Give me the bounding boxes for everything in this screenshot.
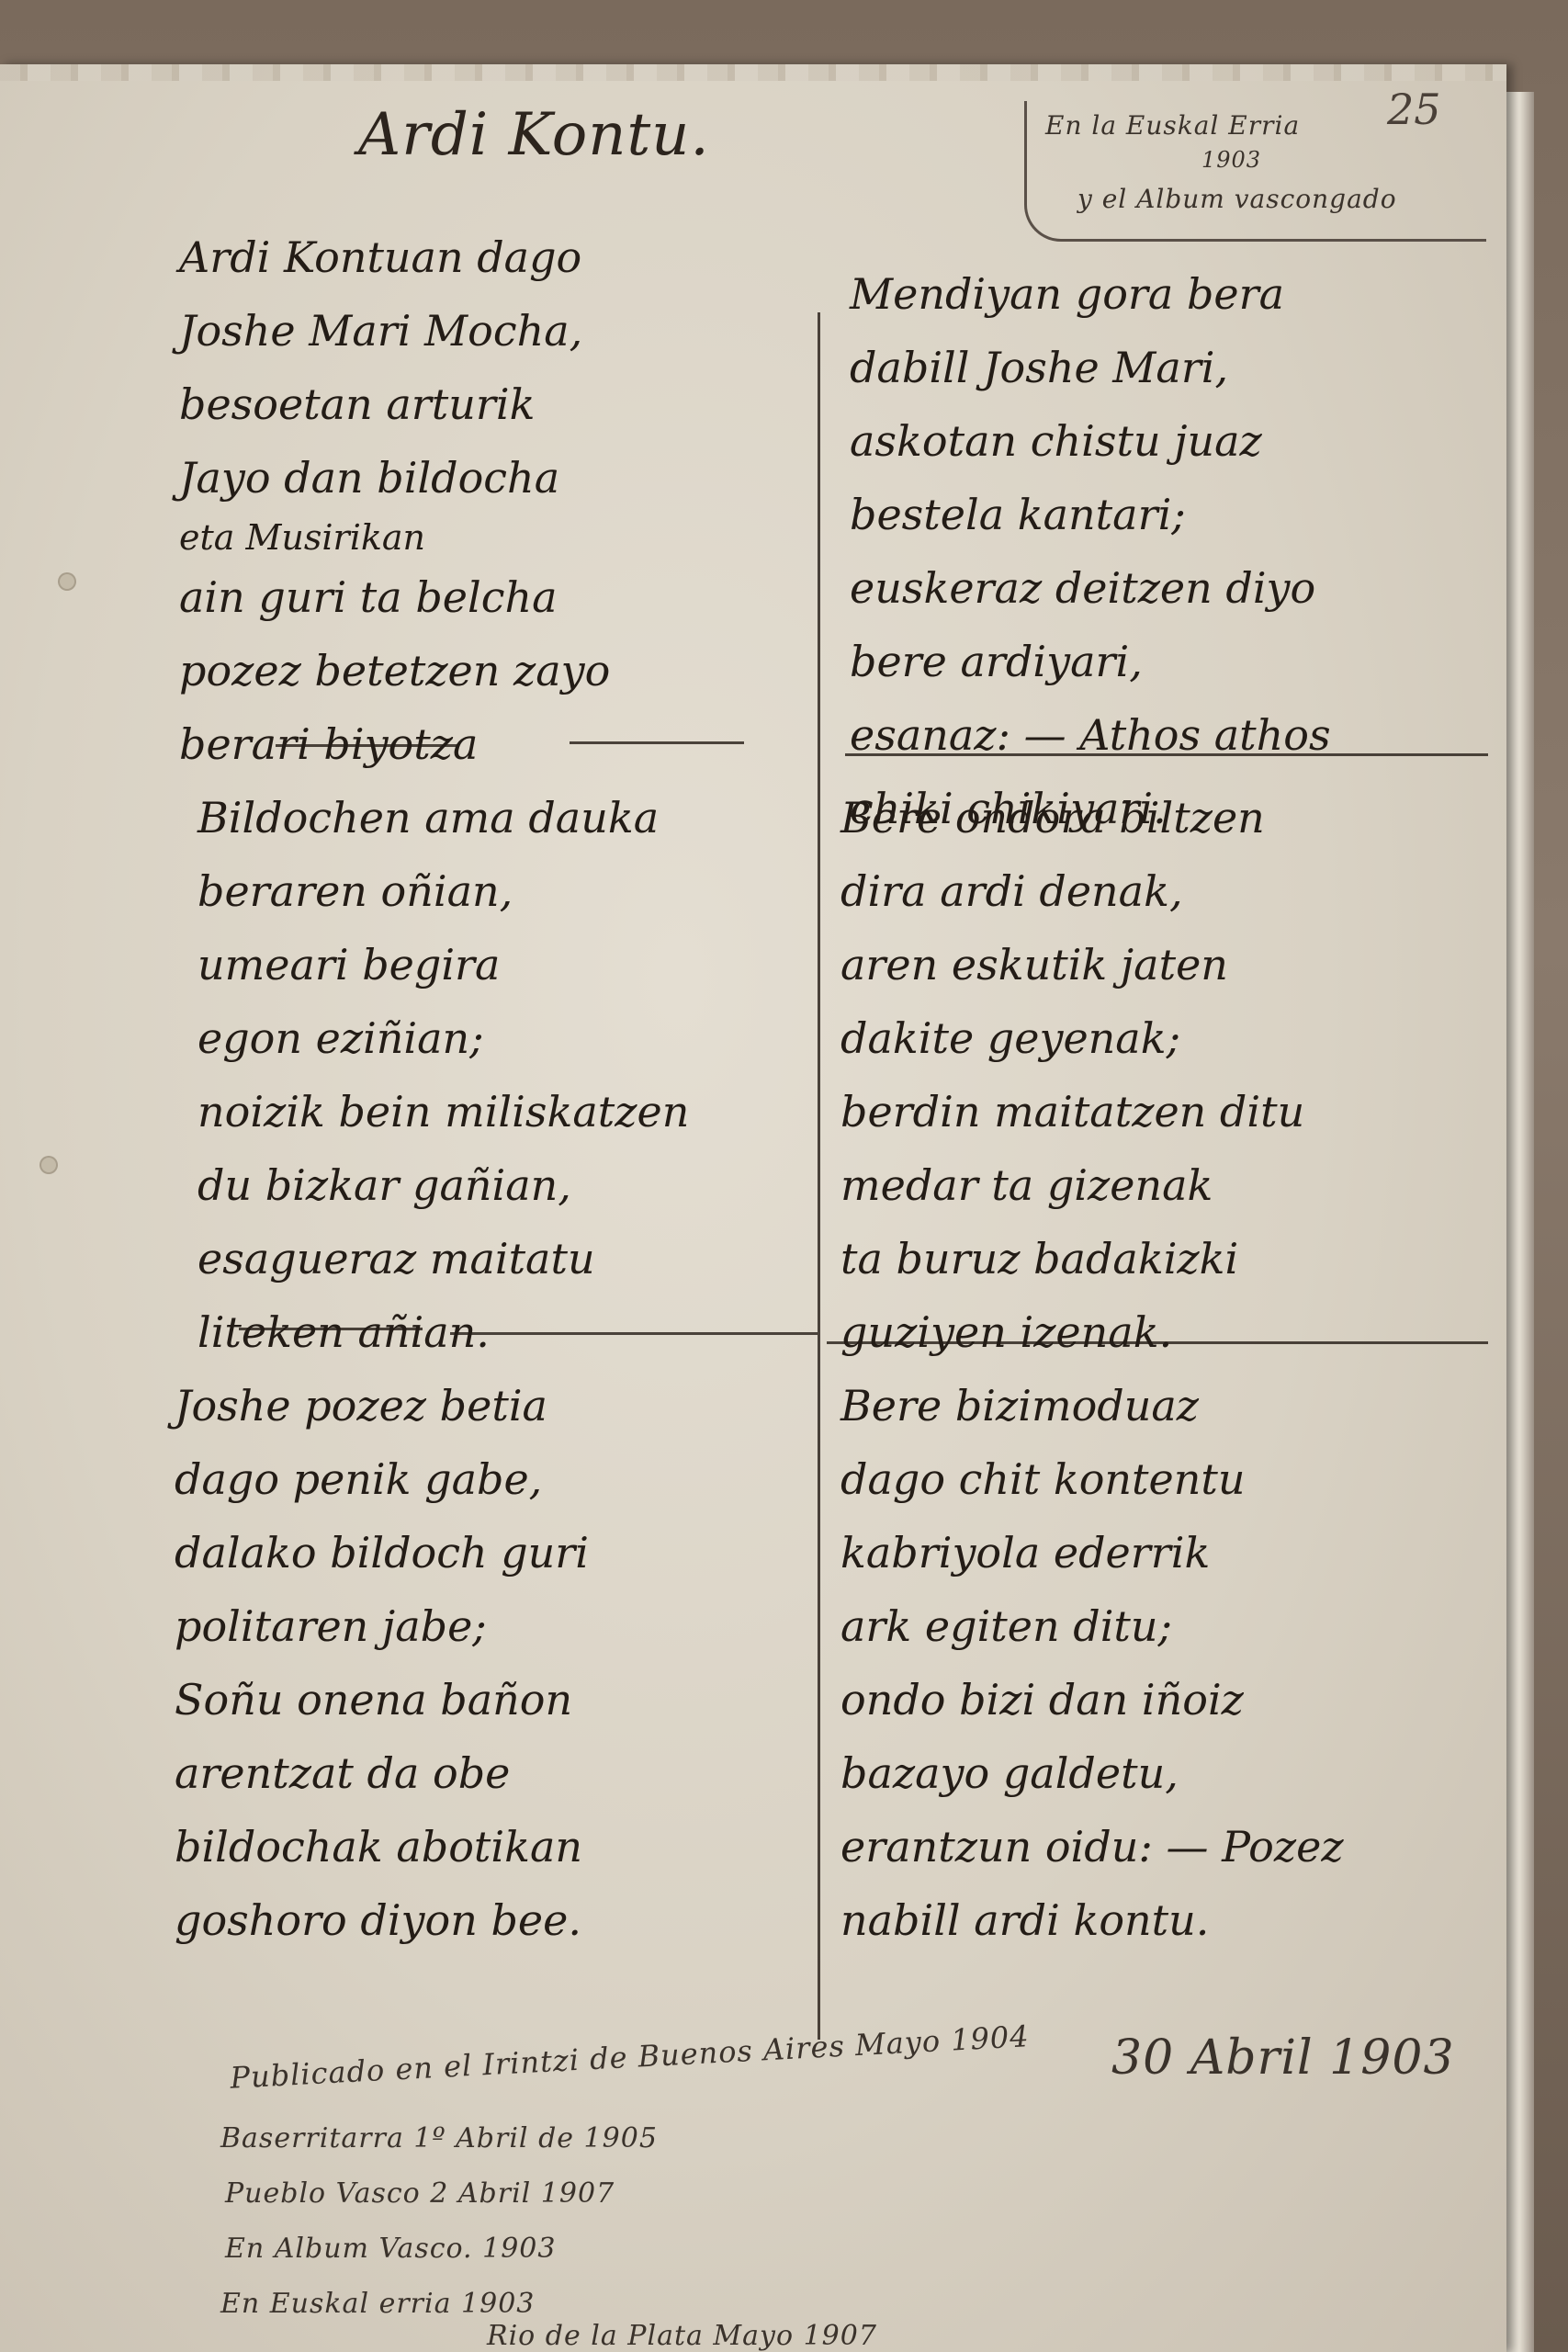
publication-entry: Rio de la Plata Mayo 1907 <box>487 2320 877 2352</box>
verse-line: Bildochen ama dauka <box>197 781 689 854</box>
verse-line: medar ta gizenak <box>840 1148 1304 1222</box>
verse-line: umeari begira <box>197 928 689 1001</box>
verse-line: esagueraz maitatu <box>197 1222 689 1295</box>
publication-entry: Pueblo Vasco 2 Abril 1907 <box>225 2177 615 2210</box>
verse-line: bestela kantari; <box>850 478 1331 551</box>
pin-hole <box>60 574 74 589</box>
verse-line: bazayo galdetu, <box>840 1736 1344 1810</box>
verse-line: dago chit kontentu <box>840 1442 1344 1516</box>
verse-line: bildochak abotikan <box>175 1810 589 1883</box>
verse-line: erantzun oidu: — Pozez <box>840 1810 1344 1883</box>
verse-line: du bizkar gañian, <box>197 1148 689 1222</box>
publication-note: Publicado en el Irintzi de Buenos Aires … <box>230 2018 1031 2096</box>
stanza-4: Bere ondora biltzen dira ardi denak, are… <box>840 781 1304 1369</box>
verse-line: politaren jabe; <box>175 1589 589 1663</box>
torn-top-edge <box>0 64 1506 81</box>
verse-line: dakite geyenak; <box>840 1001 1304 1075</box>
stanza-2: Mendiyan gora bera dabill Joshe Mari, as… <box>850 257 1331 845</box>
verse-line: beraren oñian, <box>197 854 689 928</box>
margin-note-line2: y el Album vascongado <box>1077 184 1397 214</box>
stanza-6: Bere bizimoduaz dago chit kontentu kabri… <box>840 1369 1344 1957</box>
verse-line: goshoro diyon bee. <box>175 1883 589 1957</box>
stanza-3: Bildochen ama dauka beraren oñian, umear… <box>197 781 689 1369</box>
verse-line: ta buruz badakizki <box>840 1222 1304 1295</box>
verse-line: guziyen izenak. <box>840 1295 1304 1369</box>
verse-line: Mendiyan gora bera <box>850 257 1331 331</box>
manuscript-page: Ardi Kontu. 25 En la Euskal Erria 1903 y… <box>0 64 1506 2352</box>
photo-stage: Ardi Kontu. 25 En la Euskal Erria 1903 y… <box>0 0 1568 2352</box>
verse-line: ark egiten ditu; <box>840 1589 1344 1663</box>
verse-line: dira ardi denak, <box>840 854 1304 928</box>
verse-line: berdin maitatzen ditu <box>840 1075 1304 1148</box>
verse-line: bere ardiyari, <box>850 625 1331 698</box>
verse-line: eta Musirikan <box>179 514 610 560</box>
verse-line: esanaz: — Athos athos <box>850 698 1331 772</box>
verse-line: Joshe pozez betia <box>175 1369 589 1442</box>
verse-line: pozez betetzen zayo <box>179 634 610 707</box>
verse-line: Bere bizimoduaz <box>840 1369 1344 1442</box>
verse-line: nabill ardi kontu. <box>840 1883 1344 1957</box>
verse-line: askotan chistu juaz <box>850 404 1331 478</box>
verse-line: Ardi Kontuan dago <box>179 220 610 294</box>
date-signed: 30 Abril 1903 <box>1111 2030 1455 2086</box>
verse-line: besoetan arturik <box>179 367 610 441</box>
verse-line: Bere ondora biltzen <box>840 781 1304 854</box>
verse-line: Soñu onena bañon <box>175 1663 589 1736</box>
publication-entry: En Album Vasco. 1903 <box>225 2233 556 2265</box>
publication-entry: En Euskal erria 1903 <box>220 2288 535 2320</box>
verse-line: egon eziñian; <box>197 1001 689 1075</box>
pin-hole <box>41 1158 56 1172</box>
verse-line: ondo bizi dan iñoiz <box>840 1663 1344 1736</box>
verse-line: euskeraz deitzen diyo <box>850 551 1331 625</box>
verse-line: dabill Joshe Mari, <box>850 331 1331 404</box>
stanza-1: Ardi Kontuan dago Joshe Mari Mocha, beso… <box>179 220 610 781</box>
verse-line: liteken añian. <box>197 1295 689 1369</box>
margin-note-year: 1903 <box>1201 147 1261 173</box>
publication-entry: Baserritarra 1º Abril de 1905 <box>220 2122 658 2154</box>
margin-note-bracket: En la Euskal Erria 1903 y el Album vasco… <box>1024 101 1486 242</box>
margin-note-line1: En la Euskal Erria <box>1045 110 1300 141</box>
verse-line: berari biyotza <box>179 707 610 781</box>
verse-line: dalako bildoch guri <box>175 1516 589 1589</box>
poem-title: Ardi Kontu. <box>358 101 710 169</box>
verse-line: Joshe Mari Mocha, <box>179 294 610 367</box>
verse-line: kabriyola ederrik <box>840 1516 1344 1589</box>
verse-line: noizik bein miliskatzen <box>197 1075 689 1148</box>
verse-line: ain guri ta belcha <box>179 560 610 634</box>
verse-line: dago penik gabe, <box>175 1442 589 1516</box>
column-divider <box>818 312 820 2040</box>
verse-line: Jayo dan bildocha <box>179 441 610 514</box>
verse-line: arentzat da obe <box>175 1736 589 1810</box>
stanza-5: Joshe pozez betia dago penik gabe, dalak… <box>175 1369 589 1957</box>
verse-line: aren eskutik jaten <box>840 928 1304 1001</box>
